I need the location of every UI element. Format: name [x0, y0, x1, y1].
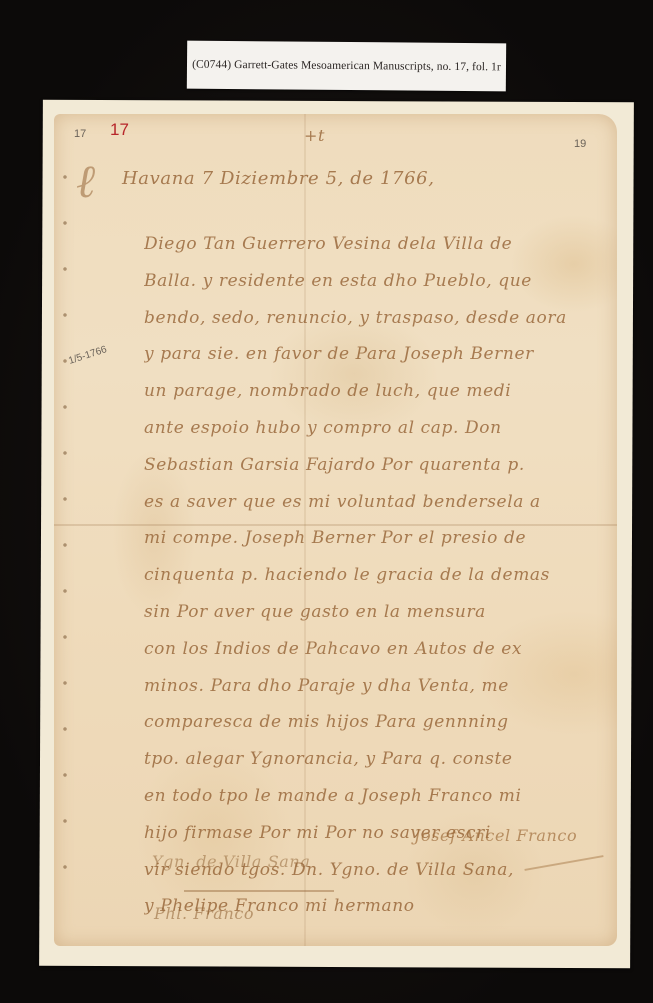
- body-line: con los Indios de Pahcavo en Autos de ex: [144, 631, 604, 668]
- document-heading: Havana 7 Diziembre 5, de 1766,: [122, 170, 435, 188]
- heading-flourish: ℓ: [76, 154, 96, 208]
- catalog-label-text: (C0744) Garrett-Gates Mesoamerican Manus…: [192, 59, 501, 74]
- witness-rule: [184, 890, 334, 892]
- red-folio-number: 17: [110, 120, 129, 140]
- pencil-folio-number-left: 17: [74, 128, 86, 140]
- signature-right: Josef Ancel Franco: [414, 826, 577, 845]
- body-line: y para sie. en favor de Para Joseph Bern…: [144, 336, 604, 373]
- body-line: Diego Tan Guerrero Vesina dela Villa de: [144, 226, 604, 263]
- body-line: comparesca de mis hijos Para gennning: [144, 704, 604, 741]
- pencil-folio-number-right: 19: [574, 138, 586, 150]
- manuscript-page: 17 17 19 +t 1/5-1766 ℓ Havana 7 Diziembr…: [54, 114, 617, 946]
- body-line: en todo tpo le mande a Joseph Franco mi: [144, 778, 604, 815]
- body-line: es a saver que es mi voluntad bendersela…: [144, 484, 604, 521]
- body-line: Balla. y residente en esta dho Pueblo, q…: [144, 263, 604, 300]
- binding-holes: [60, 154, 70, 906]
- catalog-label: (C0744) Garrett-Gates Mesoamerican Manus…: [187, 41, 506, 92]
- body-line: mi compe. Joseph Berner Por el presio de: [144, 520, 604, 557]
- witness-signature-2: Phl. Franco: [154, 904, 254, 923]
- body-line: sin Por aver que gasto en la mensura: [144, 594, 604, 631]
- body-line: tpo. alegar Ygnorancia, y Para q. conste: [144, 741, 604, 778]
- top-cross-mark: +t: [304, 126, 325, 145]
- pencil-margin-date: 1/5-1766: [67, 344, 108, 367]
- body-line: Sebastian Garsia Fajardo Por quarenta p.: [144, 447, 604, 484]
- document-body: Diego Tan Guerrero Vesina dela Villa de …: [144, 226, 604, 925]
- body-line: ante espoio hubo y compro al cap. Don: [144, 410, 604, 447]
- body-line: cinquenta p. haciendo le gracia de la de…: [144, 557, 604, 594]
- body-line: bendo, sedo, renuncio, y traspaso, desde…: [144, 300, 604, 337]
- body-line: un parage, nombrado de luch, que medi: [144, 373, 604, 410]
- body-line: minos. Para dho Paraje y dha Venta, me: [144, 668, 604, 705]
- witness-signature-1: Ygn. de Villa Sana: [152, 852, 310, 871]
